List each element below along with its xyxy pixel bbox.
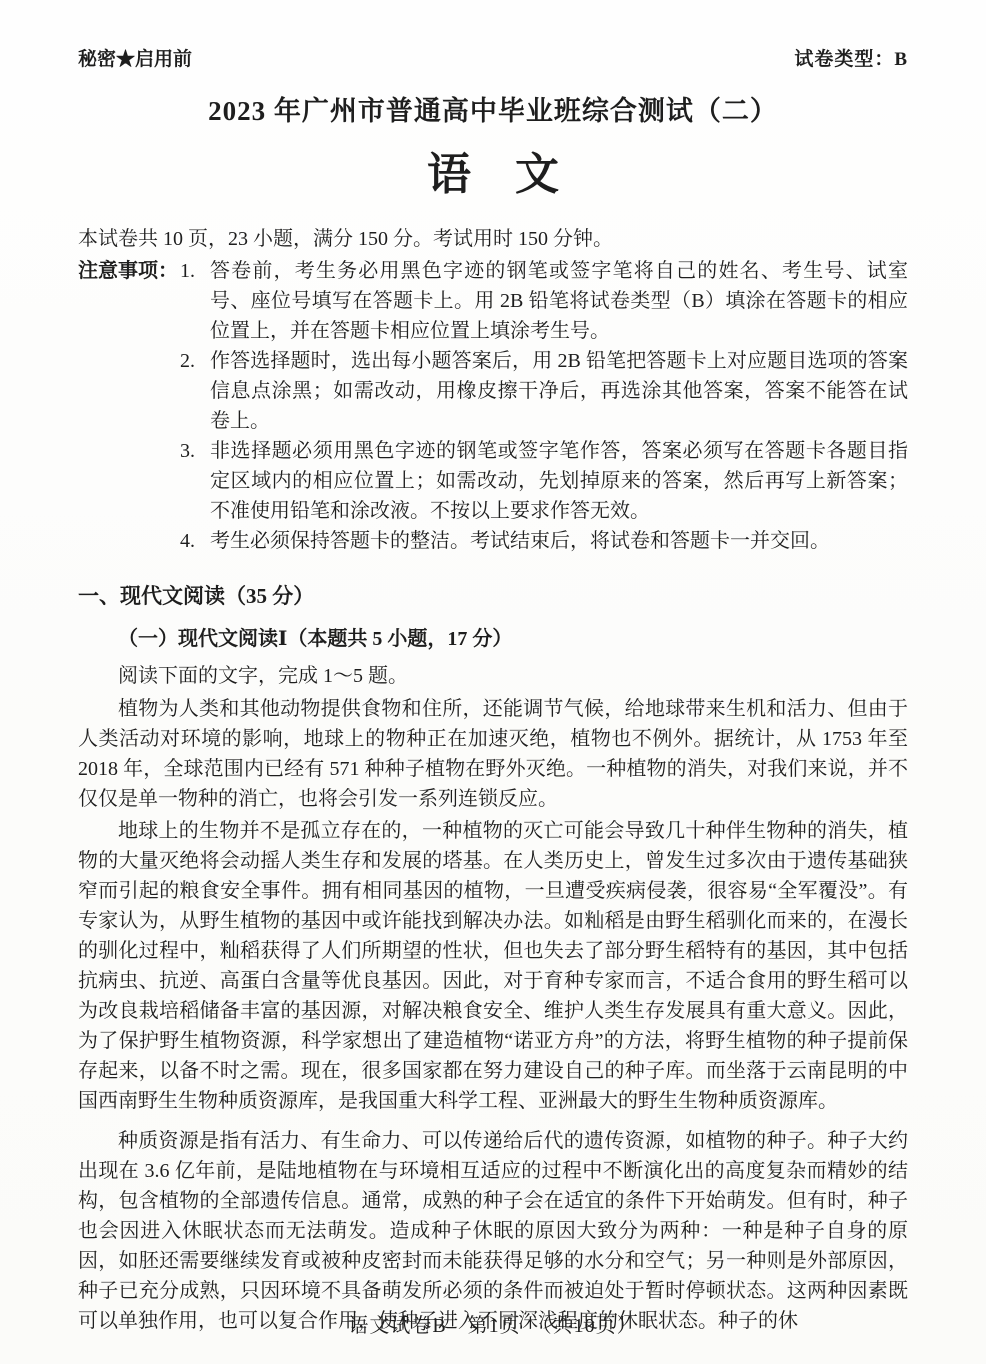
exam-title: 2023 年广州市普通高中毕业班综合测试（二） [78,89,908,128]
paper-type-label: 试卷类型：B [794,44,908,71]
notice-item-text: 答卷前，考生务必用黑色字迹的钢笔或签字笔将自己的姓名、考生号、试室号、座位号填写… [210,256,908,346]
page-footer: 语文试卷B 第1页 （共10页） [0,1309,986,1338]
exam-paper-page: 秘密★启用前 试卷类型：B 2023 年广州市普通高中毕业班综合测试（二） 语 … [0,0,986,1364]
reading-instruction: 阅读下面的文字，完成 1～5 题。 [118,659,908,688]
notice-item: 4. 考生必须保持答题卡的整洁。考试结束后，将试卷和答题卡一并交回。 [180,526,908,556]
notice-item-number: 2. [180,346,210,436]
notice-item-text: 非选择题必须用黑色字迹的钢笔或签字笔作答，答案必须写在答题卡各题目指定区域内的相… [210,436,908,526]
notice-item-number: 3. [180,436,210,526]
passage-paragraph: 植物为人类和其他动物提供食物和住所，还能调节气候，给地球带来生机和活力、但由于人… [78,694,908,814]
passage-paragraph: 种质资源是指有活力、有生命力、可以传递给后代的遗传资源，如植物的种子。种子大约出… [78,1126,908,1336]
subsection-heading-reading-1: （一）现代文阅读Ⅰ（本题共 5 小题，17 分） [118,622,908,651]
section-heading-modern-reading: 一、现代文阅读（35 分） [78,580,908,610]
notice-item-text: 作答选择题时，选出每小题答案后，用 2B 铅笔把答题卡上对应题目选项的答案信息点… [210,346,908,436]
passage-paragraph: 地球上的生物并不是孤立存在的，一种植物的灭亡可能会导致几十种伴生物种的消失，植物… [78,816,908,1116]
notice-label: 注意事项： [78,256,180,556]
notice-item-number: 1. [180,256,210,346]
notice-item-text: 考生必须保持答题卡的整洁。考试结束后，将试卷和答题卡一并交回。 [210,526,908,556]
subject-title: 语 文 [78,138,908,202]
secrecy-label: 秘密★启用前 [78,44,192,71]
notice-item: 2. 作答选择题时，选出每小题答案后，用 2B 铅笔把答题卡上对应题目选项的答案… [180,346,908,436]
notice-item-number: 4. [180,526,210,556]
notice-item: 3. 非选择题必须用黑色字迹的钢笔或签字笔作答，答案必须写在答题卡各题目指定区域… [180,436,908,526]
notice-block: 注意事项： 1. 答卷前，考生务必用黑色字迹的钢笔或签字笔将自己的姓名、考生号、… [78,256,908,556]
notice-item: 1. 答卷前，考生务必用黑色字迹的钢笔或签字笔将自己的姓名、考生号、试室号、座位… [180,256,908,346]
exam-info-line: 本试卷共 10 页，23 小题，满分 150 分。考试用时 150 分钟。 [78,224,908,254]
notice-items: 1. 答卷前，考生务必用黑色字迹的钢笔或签字笔将自己的姓名、考生号、试室号、座位… [180,256,908,556]
page-header: 秘密★启用前 试卷类型：B [78,44,908,71]
reading-passage: 植物为人类和其他动物提供食物和住所，还能调节气候，给地球带来生机和活力、但由于人… [78,694,908,1336]
